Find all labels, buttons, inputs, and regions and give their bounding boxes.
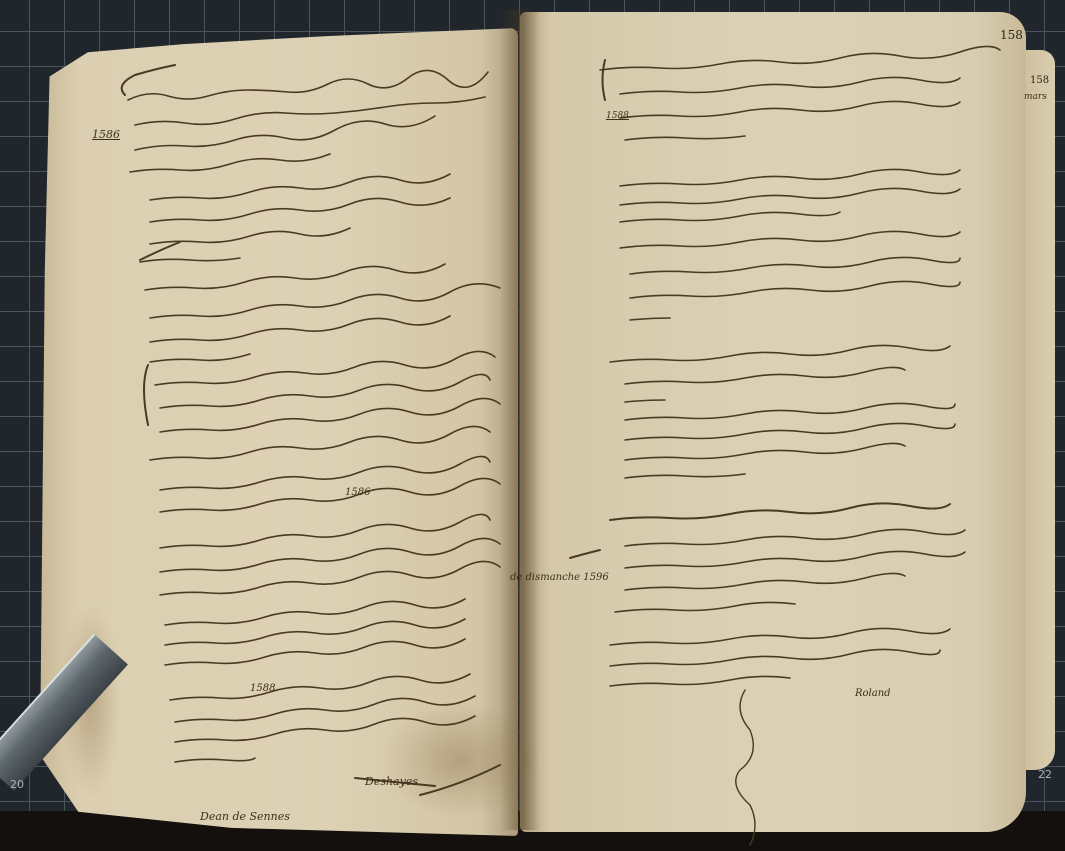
date-text-1586: 1586 — [345, 487, 370, 498]
signature-deshayes: Deshayes — [365, 775, 418, 788]
margin-year-right: 1588 — [606, 111, 629, 121]
folio-number: 158 — [1000, 28, 1023, 42]
mat-scale-label: 20 — [10, 778, 24, 791]
margin-year-left: 1586 — [92, 128, 120, 141]
date-text-1588: 1588 — [250, 683, 275, 694]
underlying-folio-number: 158 — [1030, 75, 1049, 86]
handwriting-strokes — [0, 0, 1065, 851]
signature-right: Roland — [855, 688, 891, 699]
margin-note-left: de dismanche 1596 — [510, 572, 609, 583]
mat-scale-label: 22 — [1038, 768, 1052, 781]
underlying-text-fragment: mars — [1024, 92, 1047, 102]
signature-left: Dean de Sennes — [200, 810, 290, 823]
